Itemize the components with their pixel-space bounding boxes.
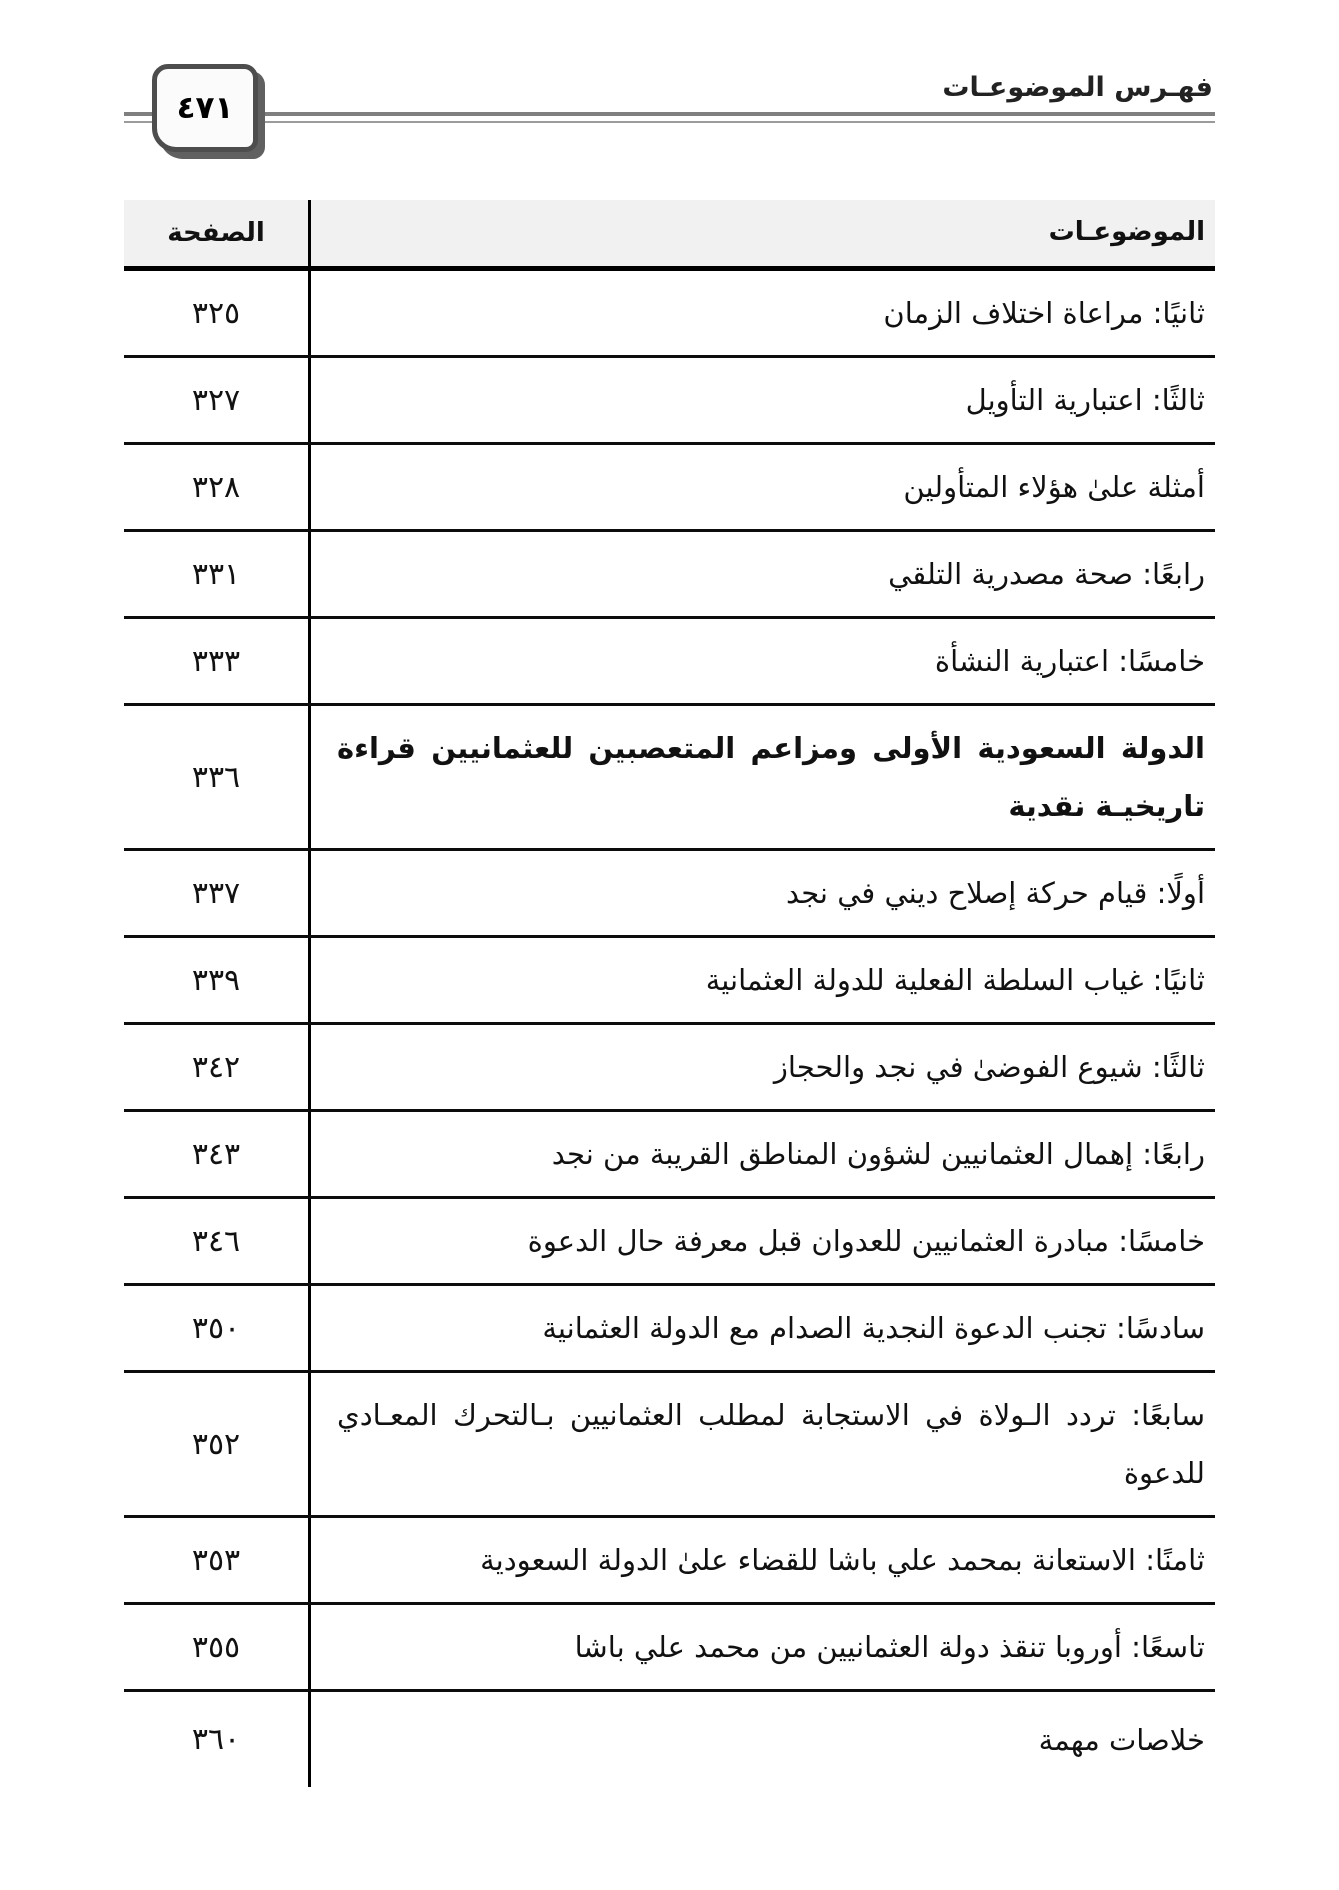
row-page-number: ٣٢٨ bbox=[124, 445, 308, 529]
table-row: ثالثًا: اعتبارية التأويل٣٢٧ bbox=[124, 358, 1215, 445]
table-row: خامسًا: اعتبارية النشأة٣٣٣ bbox=[124, 619, 1215, 706]
row-topic: خامسًا: اعتبارية النشأة bbox=[308, 619, 1215, 703]
toc-rows-container: ثانيًا: مراعاة اختلاف الزمان٣٢٥ثالثًا: ا… bbox=[124, 271, 1215, 1787]
row-topic: ثانيًا: مراعاة اختلاف الزمان bbox=[308, 271, 1215, 355]
row-topic: ثالثًا: اعتبارية التأويل bbox=[308, 358, 1215, 442]
table-row: ثالثًا: شيوع الفوضىٰ في نجد والحجاز٣٤٢ bbox=[124, 1025, 1215, 1112]
table-row: تاسعًا: أوروبا تنقذ دولة العثمانيين من م… bbox=[124, 1605, 1215, 1692]
table-row: رابعًا: إهمال العثمانيين لشؤون المناطق ا… bbox=[124, 1112, 1215, 1199]
row-page-number: ٣٢٥ bbox=[124, 271, 308, 355]
header-rule-bottom-line bbox=[124, 121, 1215, 123]
page-header-title: فهـرس الموضوعـات bbox=[942, 72, 1213, 103]
row-topic: تاسعًا: أوروبا تنقذ دولة العثمانيين من م… bbox=[308, 1605, 1215, 1689]
row-page-number: ٣٣١ bbox=[124, 532, 308, 616]
row-page-number: ٣٤٢ bbox=[124, 1025, 308, 1109]
row-page-number: ٣٣٩ bbox=[124, 938, 308, 1022]
table-row: ثانيًا: غياب السلطة الفعلية للدولة العثم… bbox=[124, 938, 1215, 1025]
row-page-number: ٣٥٠ bbox=[124, 1286, 308, 1370]
row-page-number: ٣٦٠ bbox=[124, 1692, 308, 1787]
row-page-number: ٣٤٦ bbox=[124, 1199, 308, 1283]
toc-table-header-row: الموضوعـات الصفحة bbox=[124, 200, 1215, 271]
row-topic: سادسًا: تجنب الدعوة النجدية الصدام مع ال… bbox=[308, 1286, 1215, 1370]
book-page: فهـرس الموضوعـات ٤٧١ الموضوعـات الصفحة ث… bbox=[0, 0, 1339, 1890]
table-row: أولًا: قيام حركة إصلاح ديني في نجد٣٣٧ bbox=[124, 851, 1215, 938]
row-topic: ثالثًا: شيوع الفوضىٰ في نجد والحجاز bbox=[308, 1025, 1215, 1109]
row-page-number: ٣٣٣ bbox=[124, 619, 308, 703]
row-topic: خلاصات مهمة bbox=[308, 1692, 1215, 1787]
row-topic: أولًا: قيام حركة إصلاح ديني في نجد bbox=[308, 851, 1215, 935]
row-topic: سابعًا: تردد الـولاة في الاستجابة لمطلب … bbox=[308, 1373, 1215, 1515]
row-topic: رابعًا: إهمال العثمانيين لشؤون المناطق ا… bbox=[308, 1112, 1215, 1196]
row-topic: الدولة السعودية الأولى ومزاعم المتعصبين … bbox=[308, 706, 1215, 848]
header-divider-rule bbox=[124, 112, 1215, 124]
table-row: رابعًا: صحة مصدرية التلقي٣٣١ bbox=[124, 532, 1215, 619]
row-page-number: ٣٤٣ bbox=[124, 1112, 308, 1196]
topics-column-header: الموضوعـات bbox=[308, 200, 1215, 266]
row-topic: خامسًا: مبادرة العثمانيين للعدوان قبل مع… bbox=[308, 1199, 1215, 1283]
row-page-number: ٣٣٦ bbox=[124, 706, 308, 848]
toc-table: الموضوعـات الصفحة ثانيًا: مراعاة اختلاف … bbox=[124, 200, 1215, 1787]
table-row: الدولة السعودية الأولى ومزاعم المتعصبين … bbox=[124, 706, 1215, 851]
row-topic: رابعًا: صحة مصدرية التلقي bbox=[308, 532, 1215, 616]
row-topic: ثامنًا: الاستعانة بمحمد علي باشا للقضاء … bbox=[308, 1518, 1215, 1602]
row-page-number: ٣٥٣ bbox=[124, 1518, 308, 1602]
table-row: أمثلة علىٰ هؤلاء المتأولين٣٢٨ bbox=[124, 445, 1215, 532]
table-row: خامسًا: مبادرة العثمانيين للعدوان قبل مع… bbox=[124, 1199, 1215, 1286]
page-number-badge: ٤٧١ bbox=[152, 64, 258, 152]
table-row: ثانيًا: مراعاة اختلاف الزمان٣٢٥ bbox=[124, 271, 1215, 358]
table-row: سابعًا: تردد الـولاة في الاستجابة لمطلب … bbox=[124, 1373, 1215, 1518]
row-topic: ثانيًا: غياب السلطة الفعلية للدولة العثم… bbox=[308, 938, 1215, 1022]
row-page-number: ٣٣٧ bbox=[124, 851, 308, 935]
table-row: ثامنًا: الاستعانة بمحمد علي باشا للقضاء … bbox=[124, 1518, 1215, 1605]
row-topic: أمثلة علىٰ هؤلاء المتأولين bbox=[308, 445, 1215, 529]
page-column-header: الصفحة bbox=[124, 200, 308, 266]
row-page-number: ٣٥٥ bbox=[124, 1605, 308, 1689]
row-page-number: ٣٢٧ bbox=[124, 358, 308, 442]
table-row: سادسًا: تجنب الدعوة النجدية الصدام مع ال… bbox=[124, 1286, 1215, 1373]
row-page-number: ٣٥٢ bbox=[124, 1373, 308, 1515]
table-row: خلاصات مهمة٣٦٠ bbox=[124, 1692, 1215, 1787]
